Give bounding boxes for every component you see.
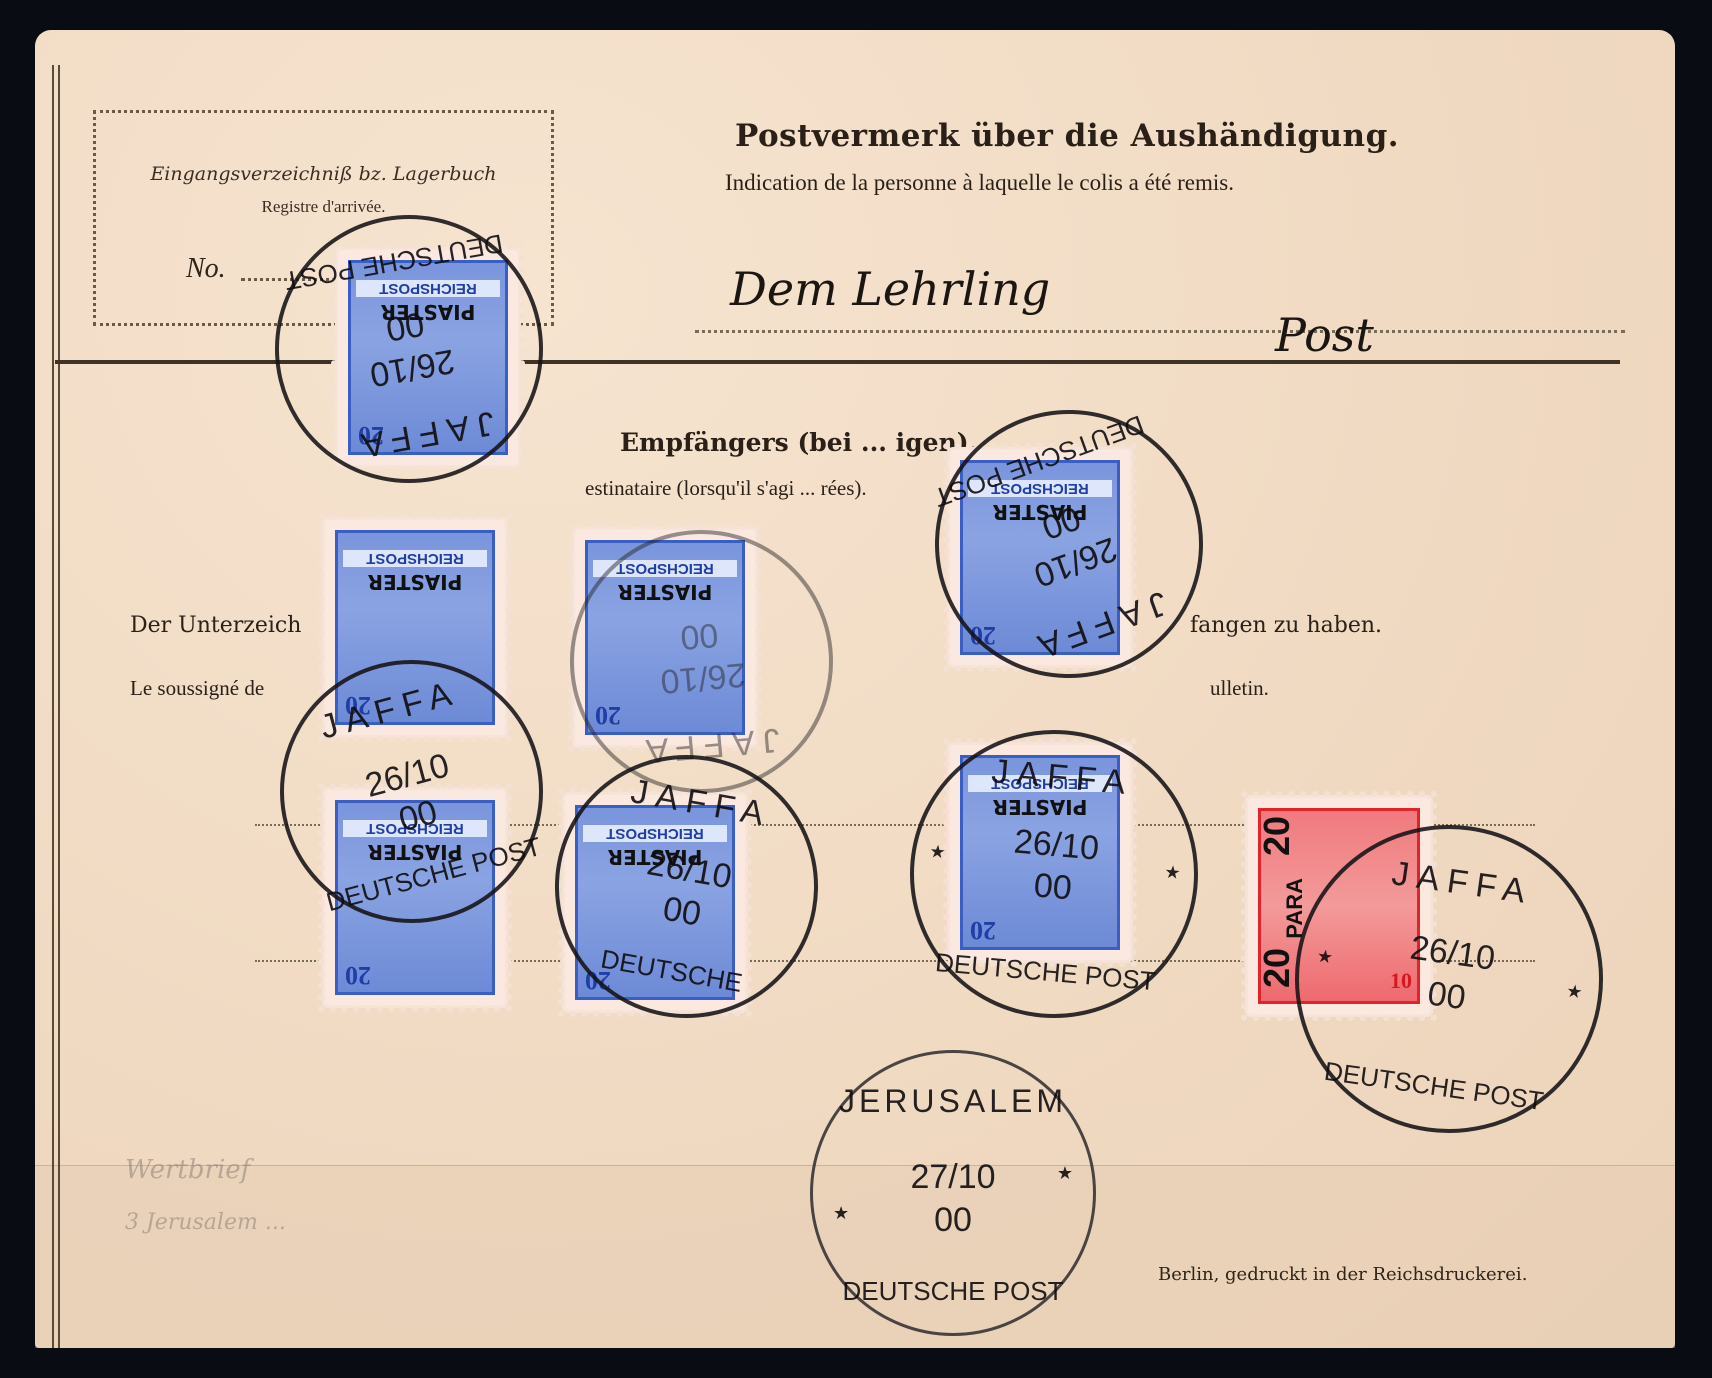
handwritten-post: Post bbox=[1275, 308, 1374, 362]
pencil-note-1: 3 Jerusalem ... bbox=[125, 1210, 286, 1235]
signature-line-de-left: Der Unterzeich bbox=[130, 613, 301, 638]
pencil-note-2: Wertbrief bbox=[125, 1155, 250, 1185]
left-border-line-inner bbox=[58, 65, 60, 1348]
signature-line-de-right: fangen zu haben. bbox=[1190, 613, 1382, 638]
signature-line-fr-left: Le soussigné de bbox=[130, 676, 264, 701]
postmark-jerusalem: JERUSALEM 27/10 00 DEUTSCHE POST ★★ bbox=[810, 1050, 1096, 1336]
left-border-line bbox=[52, 65, 54, 1348]
register-subtitle: Registre d'arrivée. bbox=[96, 197, 551, 217]
recipient-subtitle: estinataire (lorsqu'il s'agi ... rées). bbox=[585, 476, 867, 501]
delivery-title: Postvermerk über die Aushändigung. bbox=[735, 118, 1399, 154]
register-number-label: No. bbox=[186, 253, 226, 285]
printer-imprint: Berlin, gedruckt in der Reichsdruckerei. bbox=[1158, 1264, 1527, 1285]
register-title: Eingangsverzeichniß bz. Lagerbuch bbox=[96, 163, 551, 185]
delivery-dotted-line bbox=[695, 330, 1625, 333]
delivery-subtitle: Indication de la personne à laquelle le … bbox=[725, 170, 1234, 196]
handwritten-recipient: Dem Lehrling bbox=[730, 262, 1050, 316]
recipient-title: Empfängers (bei ... igen). bbox=[620, 428, 977, 457]
signature-line-fr-right: ulletin. bbox=[1210, 676, 1269, 701]
